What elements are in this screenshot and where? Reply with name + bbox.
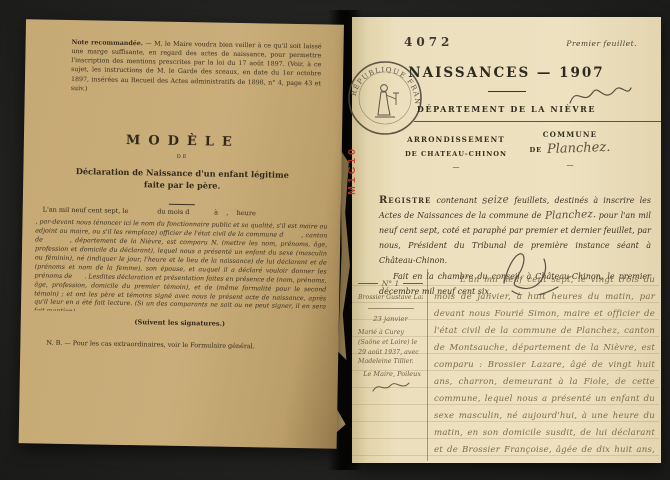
commune-name-handwritten: Planchez. — [544, 207, 596, 224]
act-area: N° 1 Brossier Gustave Lazare 23 janvier … — [352, 269, 659, 461]
department-rule — [414, 121, 661, 122]
model-body-text: , par-devant nous (énoncer ici le nom du… — [34, 218, 328, 315]
president-signature-paraph-icon — [492, 243, 570, 295]
margin-annotations: N° 1 Brossier Gustave Lazare 23 janvier … — [352, 269, 428, 461]
commune-label: COMMUNE — [500, 130, 640, 139]
left-page-modele: Note recommandée. — M. le Maire voudra b… — [19, 19, 344, 448]
act-number: N° 1 — [358, 279, 423, 288]
mention-signoff: Le Maire, Poileux — [358, 370, 423, 378]
commune-block: COMMUNE DE Planchez. — — [500, 130, 640, 169]
child-name-margin: Brossier Gustave Lazare — [358, 294, 423, 301]
microfilm-red-stamp: M1C10 — [346, 146, 358, 195]
signatures-note: (Suivent les signatures.) — [21, 316, 339, 330]
model-title: MODÈLE — [24, 131, 342, 152]
model-subtitle: Déclaration de Naissance d'un enfant lég… — [75, 165, 290, 193]
margin-rule — [368, 308, 414, 309]
folio-number-stamp: 4072 — [404, 35, 453, 49]
registre-seg1: contenant — [436, 196, 477, 205]
note-lead: Note recommandée. — [72, 39, 144, 47]
nb-note: N. B. — Pour les cas extraordinaires, vo… — [46, 339, 318, 352]
scanned-register-spread: Note recommandée. — M. le Maire voudra b… — [0, 0, 670, 480]
title-connector: DE — [24, 151, 342, 163]
birth-act-handwritten-text: L'an mil neuf cent sept, le vingt trois … — [428, 269, 659, 461]
ornament-rule — [169, 203, 195, 204]
commune-line: DE Planchez. — [500, 141, 640, 156]
commune-de: DE — [529, 146, 542, 154]
premier-feuillet-label: Premier feuillet. — [566, 39, 637, 48]
model-title-block: MODÈLE DE Déclaration de Naissance d'un … — [23, 131, 342, 207]
feuillet-count-handwritten: seize — [482, 193, 509, 209]
commune-handwritten-value: Planchez. — [547, 140, 611, 157]
right-page-register-title: 4072 Premier feuillet. RÉPUBLIQUE FRANÇA… — [352, 17, 661, 463]
note-body: — M. le Maire voudra bien veiller à ce q… — [71, 40, 322, 92]
registre-lead: Registre — [379, 195, 431, 206]
marriage-mention: Marié à Curey (Saône et Loire) le 29 aoû… — [358, 328, 423, 367]
page-title: NAISSANCES — 1907 — [352, 65, 661, 81]
margin-signature-paraph-icon — [370, 379, 412, 395]
title-underline — [488, 91, 526, 92]
dash-ornament: — — [500, 161, 640, 169]
recommended-note: Note recommandée. — M. le Maire voudra b… — [71, 38, 322, 97]
form-line: L'an mil neuf cent sept, le du mois d à … — [43, 206, 327, 219]
department-heading: DÉPARTEMENT DE LA NIÈVRE — [352, 104, 661, 114]
act-date-margin: 23 janvier — [358, 315, 423, 323]
